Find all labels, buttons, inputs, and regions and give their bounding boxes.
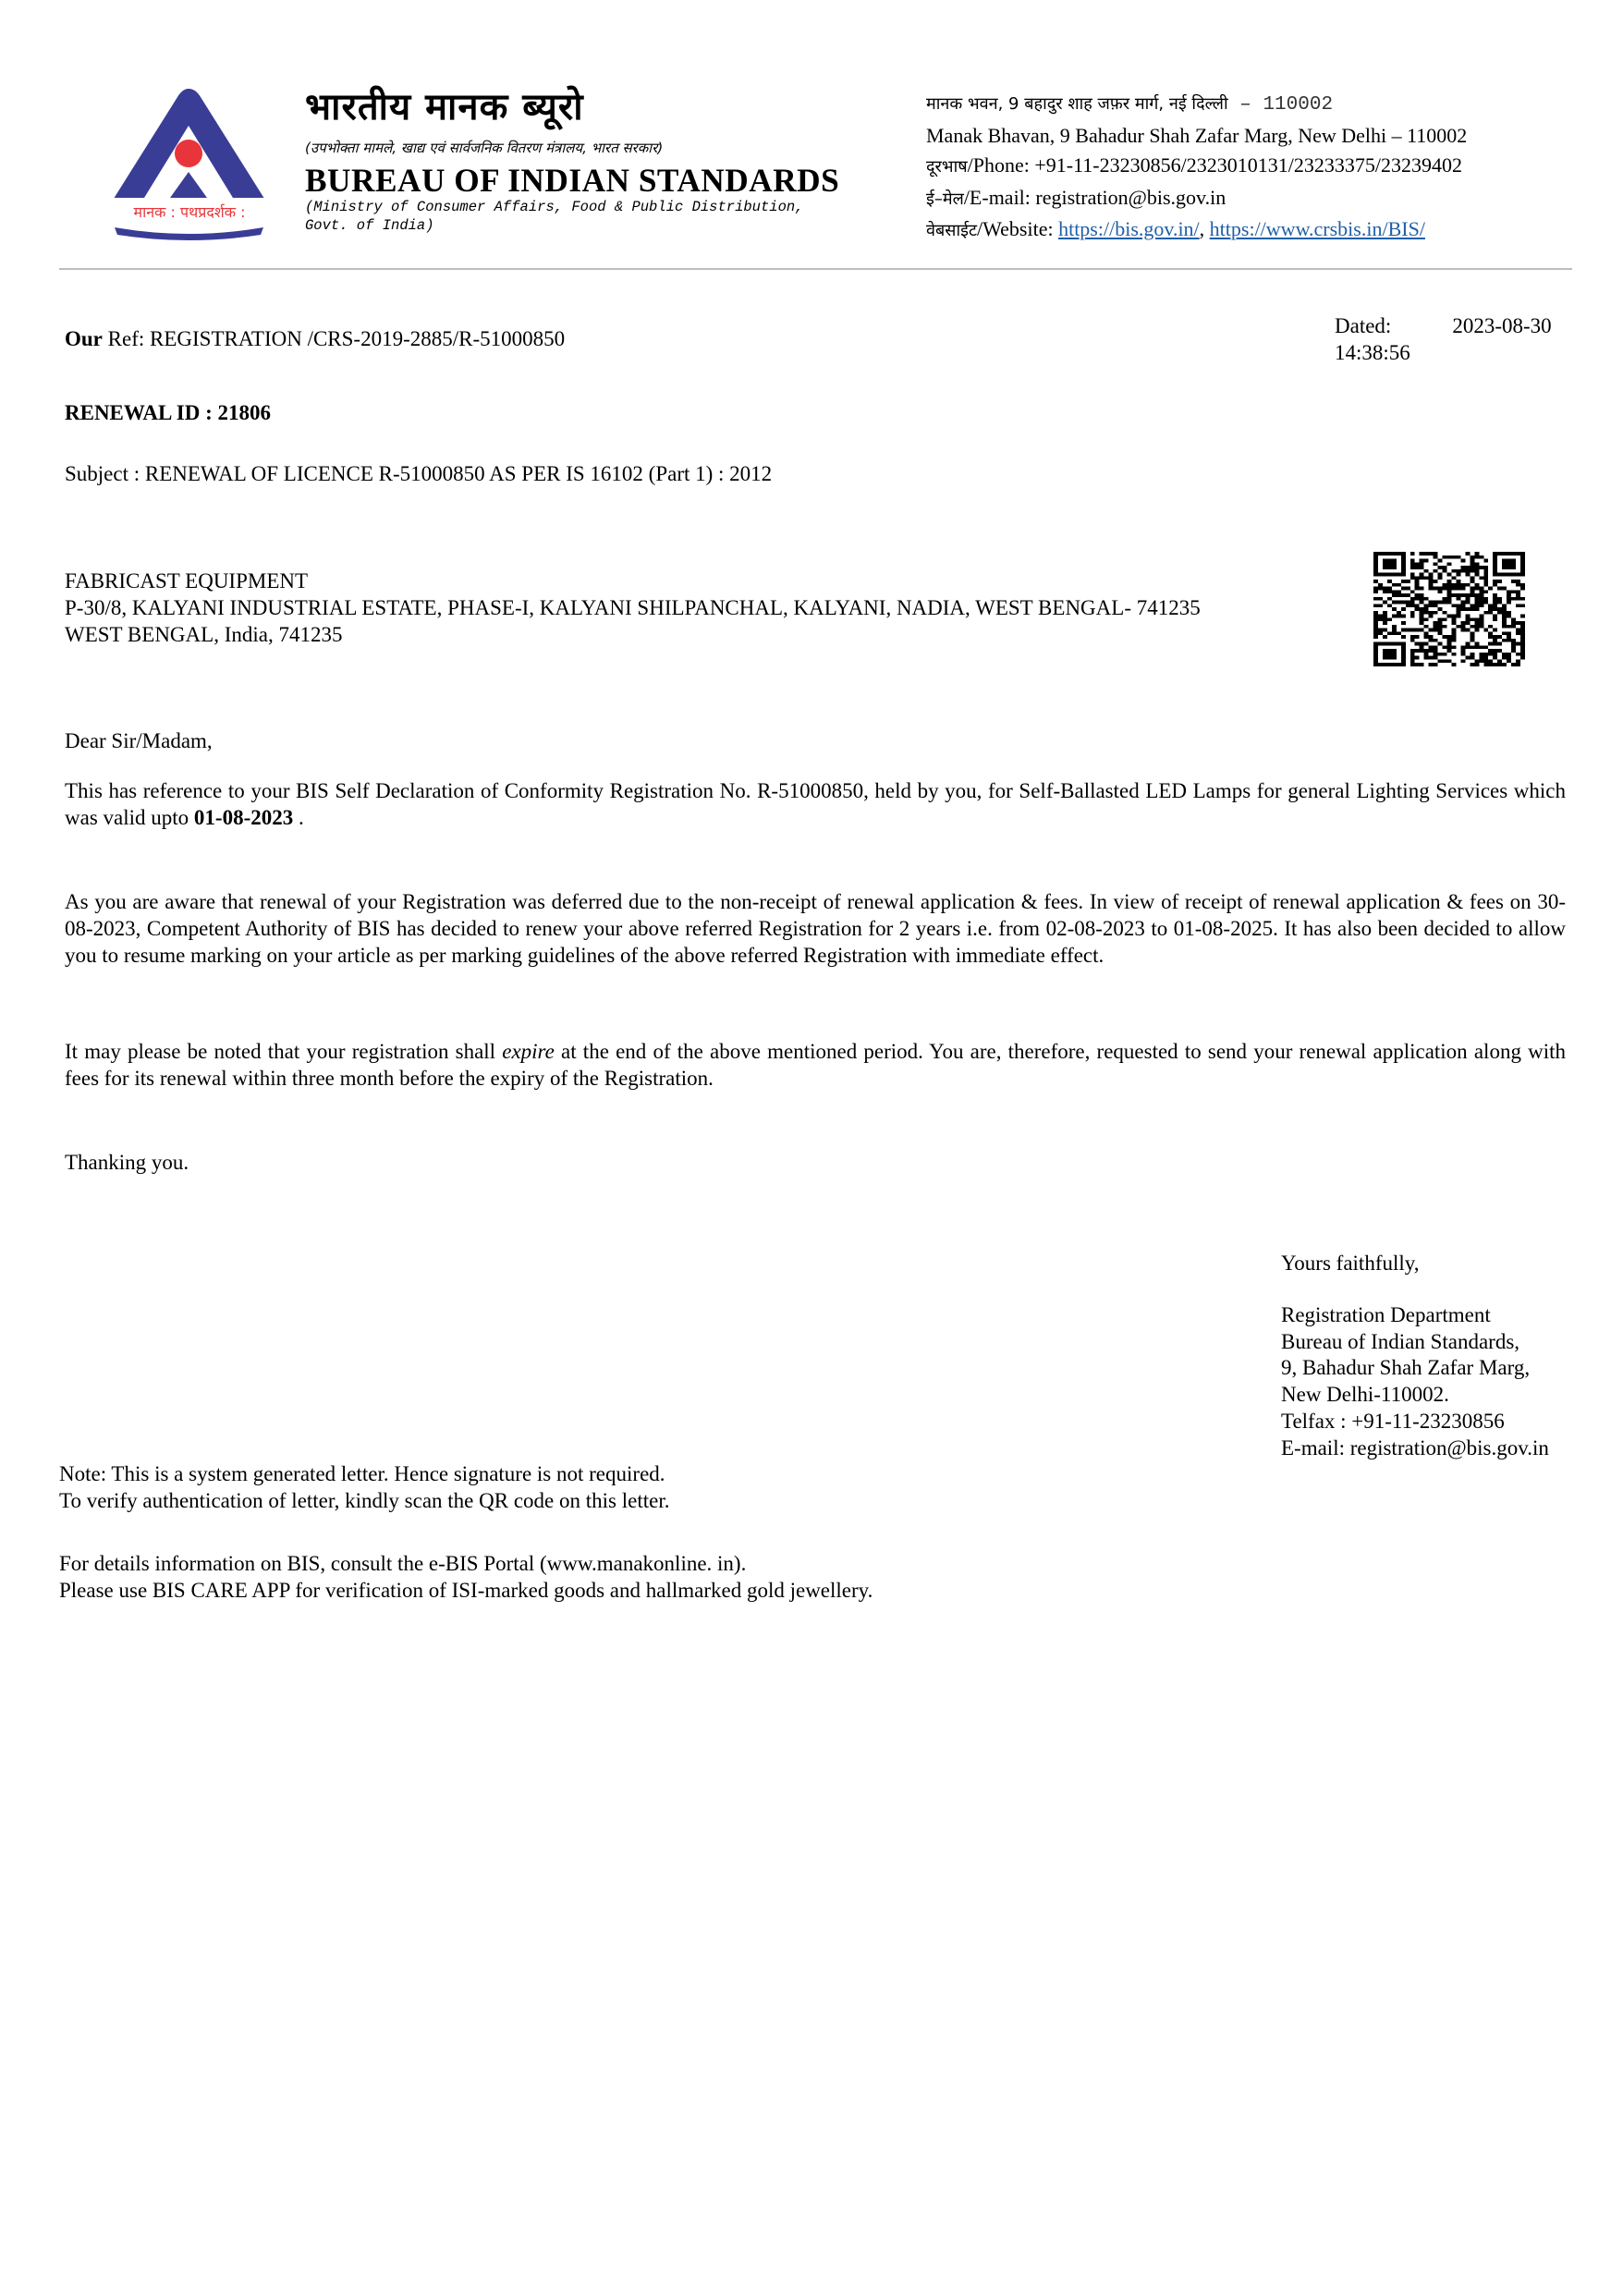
logo-tagline: मानक : पथप्रदर्शक : — [111, 202, 268, 222]
recipient-address-line2: WEST BENGAL, India, 741235 — [65, 621, 1201, 648]
email-line: ई–मेल/E-mail: registration@bis.gov.in — [926, 183, 1467, 215]
paragraph-expiry-note: It may please be noted that your registr… — [65, 1038, 1566, 1092]
system-note: Note: This is a system generated letter.… — [59, 1461, 669, 1514]
recipient-name: FABRICAST EQUIPMENT — [65, 568, 1201, 594]
website-link-crsbis[interactable]: https://www.crsbis.in/BIS/ — [1210, 217, 1425, 240]
ministry-hindi: (उपभोक्ता मामले, खाद्य एवं सार्वजनिक वित… — [305, 139, 663, 157]
org-name-hindi: भारतीय मानक ब्यूरो — [305, 85, 584, 129]
recipient-address-line1: P-30/8, KALYANI INDUSTRIAL ESTATE, PHASE… — [65, 594, 1201, 621]
email-address: registration@bis.gov.in — [1035, 186, 1226, 209]
dated-time: 14:38:56 — [1335, 339, 1552, 366]
valid-upto-date: 01-08-2023 — [194, 806, 293, 829]
signature-line: New Delhi-110002. — [1281, 1382, 1549, 1409]
footer-info-line2: Please use BIS CARE APP for verification… — [59, 1577, 873, 1604]
signature-line: Bureau of Indian Standards, — [1281, 1329, 1549, 1356]
footer-info: For details information on BIS, consult … — [59, 1550, 873, 1604]
reference-number: Ref: REGISTRATION /CRS-2019-2885/R-51000… — [103, 327, 565, 350]
ministry-english-line2: Govt. of India) — [305, 216, 804, 235]
signature-line: E-mail: registration@bis.gov.in — [1281, 1435, 1549, 1462]
signoff: Yours faithfully, — [1281, 1250, 1420, 1276]
signature-line: Registration Department — [1281, 1302, 1549, 1329]
ministry-english: (Ministry of Consumer Affairs, Food & Pu… — [305, 198, 804, 235]
website-link-bis[interactable]: https://bis.gov.in/ — [1058, 217, 1200, 240]
note-line2: To verify authentication of letter, kind… — [59, 1488, 669, 1515]
ministry-english-line1: (Ministry of Consumer Affairs, Food & Pu… — [305, 198, 804, 216]
renewal-id: RENEWAL ID : 21806 — [65, 399, 271, 426]
footer-info-line1: For details information on BIS, consult … — [59, 1550, 873, 1577]
bis-logo-icon: मानक : पथप्रदर्शक : — [104, 83, 275, 242]
address-hindi: मानक भवन, 9 बहादुर शाह जफ़र मार्ग, नई दि… — [926, 88, 1467, 121]
dated-block: Dated:2023-08-30 14:38:56 — [1335, 312, 1552, 366]
recipient-address: FABRICAST EQUIPMENT P-30/8, KALYANI INDU… — [65, 568, 1201, 648]
reference-line: Our Ref: REGISTRATION /CRS-2019-2885/R-5… — [65, 325, 565, 352]
dated-date: 2023-08-30 — [1452, 314, 1551, 337]
phone-number: +91-11-23230856/2323010131/23233375/2323… — [1034, 153, 1462, 177]
paragraph-reference: This has reference to your BIS Self Decl… — [65, 777, 1566, 831]
dated-label: Dated: — [1335, 314, 1391, 337]
salutation: Dear Sir/Madam, — [65, 727, 213, 754]
signature-line: Telfax : +91-11-23230856 — [1281, 1409, 1549, 1435]
website-line: वेबसाईट/Website: https://bis.gov.in/, ht… — [926, 214, 1467, 247]
header-divider — [59, 268, 1572, 270]
expire-emphasis: expire — [502, 1040, 555, 1063]
note-line1: Note: This is a system generated letter.… — [59, 1461, 669, 1488]
address-english: Manak Bhavan, 9 Bahadur Shah Zafar Marg,… — [926, 121, 1467, 152]
phone-line: दूरभाष/Phone: +91-11-23230856/2323010131… — [926, 151, 1467, 183]
subject-line: Subject : RENEWAL OF LICENCE R-51000850 … — [65, 460, 772, 487]
signature-line: 9, Bahadur Shah Zafar Marg, — [1281, 1355, 1549, 1382]
signature-block: Registration Department Bureau of Indian… — [1281, 1302, 1549, 1461]
contact-block: मानक भवन, 9 बहादुर शाह जफ़र मार्ग, नई दि… — [926, 88, 1467, 247]
org-name-english: BUREAU OF INDIAN STANDARDS — [305, 161, 839, 200]
paragraph-renewal: As you are aware that renewal of your Re… — [65, 888, 1566, 969]
qr-code-icon[interactable] — [1373, 552, 1525, 666]
closing-line: Thanking you. — [65, 1149, 189, 1176]
